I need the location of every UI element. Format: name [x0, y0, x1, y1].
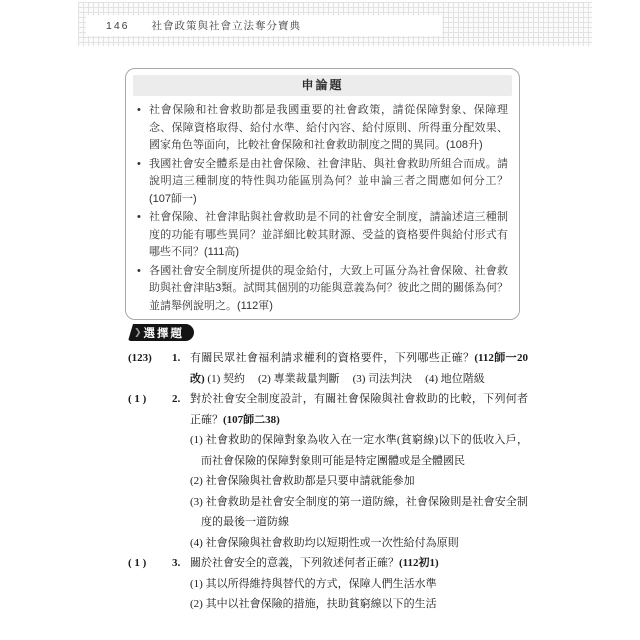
mc-exam-code: (107師二38): [223, 414, 280, 426]
mc-question-text: 有關民眾社會福利請求權利的資格要件，下列哪些正確？: [190, 352, 474, 364]
mc-question-number: 2.: [166, 389, 190, 410]
mc-question-body: 對於社會安全制度設計，有關社會保險與社會救助的比較，下列何者正確？(107師二3…: [190, 389, 528, 553]
mc-question-text: 關於社會安全的意義，下列敘述何者正確？: [190, 557, 399, 569]
essay-question: 社會保險、社會津貼與社會救助是不同的社會安全制度，請論述這三種制度的功能有哪些異…: [137, 209, 508, 262]
mc-question-number: 1.: [166, 348, 190, 369]
mc-question: ( 1 ) 2. 對於社會安全制度設計，有關社會保險與社會救助的比較，下列何者正…: [128, 389, 528, 553]
page-header-band: 146 社會政策與社會立法奪分寶典: [78, 2, 592, 46]
mc-option: (1) 其以所得維持與替代的方式，保障人們生活水準: [190, 574, 528, 595]
essay-question-list: 社會保險和社會救助都是我國重要的社會政策，請從保障對象、保障理念、保障資格取得、…: [137, 102, 508, 315]
essay-section-title: 申論題: [133, 75, 512, 96]
mc-option: (1) 社會救助的保障對象為收入在一定水準(貧窮線)以下的低收入戶，而社會保險的…: [190, 430, 528, 471]
running-header: 146 社會政策與社會立法奪分寶典: [86, 15, 442, 36]
essay-question: 社會保險和社會救助都是我國重要的社會政策，請從保障對象、保障理念、保障資格取得、…: [137, 102, 508, 155]
mc-question-body: 關於社會安全的意義，下列敘述何者正確？(112初1) (1) 其以所得維持與替代…: [190, 553, 528, 615]
page-number: 146: [106, 20, 130, 32]
mc-question: (123) 1. 有關民眾社會福利請求權利的資格要件，下列哪些正確？(112師一…: [128, 348, 528, 389]
mc-question-number: 3.: [166, 553, 190, 574]
mc-option: (2) 其中以社會保險的措施，扶助貧窮線以下的生活: [190, 594, 528, 615]
book-page: 146 社會政策與社會立法奪分寶典 申論題 社會保險和社會救助都是我國重要的社會…: [0, 0, 640, 640]
mc-question-area: (123) 1. 有關民眾社會福利請求權利的資格要件，下列哪些正確？(112師一…: [128, 348, 528, 615]
mc-question: ( 1 ) 3. 關於社會安全的意義，下列敘述何者正確？(112初1) (1) …: [128, 553, 528, 615]
mc-option: (1) 契約: [207, 373, 245, 385]
mc-section-badge: ❯ 選擇題: [128, 324, 194, 341]
chevron-right-icon: ❯: [134, 327, 140, 338]
mc-option: (2) 專業裁量判斷: [258, 373, 340, 385]
mc-options-inline: (1) 契約(2) 專業裁量判斷(3) 司法判決(4) 地位階級: [207, 373, 497, 385]
essay-question-box: 申論題 社會保險和社會救助都是我國重要的社會政策，請從保障對象、保障理念、保障資…: [125, 68, 520, 320]
mc-section-title: 選擇題: [144, 325, 185, 341]
mc-option: (4) 社會保險與社會救助均以短期性或一次性給付為原則: [190, 533, 528, 554]
essay-question: 各國社會安全制度所提供的現金給付，大致上可區分為社會保險、社會救助與社會津貼3類…: [137, 263, 508, 316]
mc-option: (3) 社會救助是社會安全制度的第一道防線，社會保險則是社會安全制度的最後一道防…: [190, 492, 528, 533]
book-title: 社會政策與社會立法奪分寶典: [152, 18, 302, 33]
mc-option: (3) 司法判決: [353, 373, 413, 385]
mc-option: (2) 社會保險與社會救助都是只要申請就能參加: [190, 471, 528, 492]
mc-answer-key: ( 1 ): [128, 553, 166, 574]
mc-answer-key: ( 1 ): [128, 389, 166, 410]
mc-option: (4) 地位階級: [425, 373, 485, 385]
essay-question: 我國社會安全體系是由社會保險、社會津貼、與社會救助所組合而成。請說明這三種制度的…: [137, 156, 508, 209]
mc-question-body: 有關民眾社會福利請求權利的資格要件，下列哪些正確？(112師一20改) (1) …: [190, 348, 528, 389]
mc-answer-key: (123): [128, 348, 166, 369]
mc-exam-code: (112初1): [399, 557, 439, 569]
